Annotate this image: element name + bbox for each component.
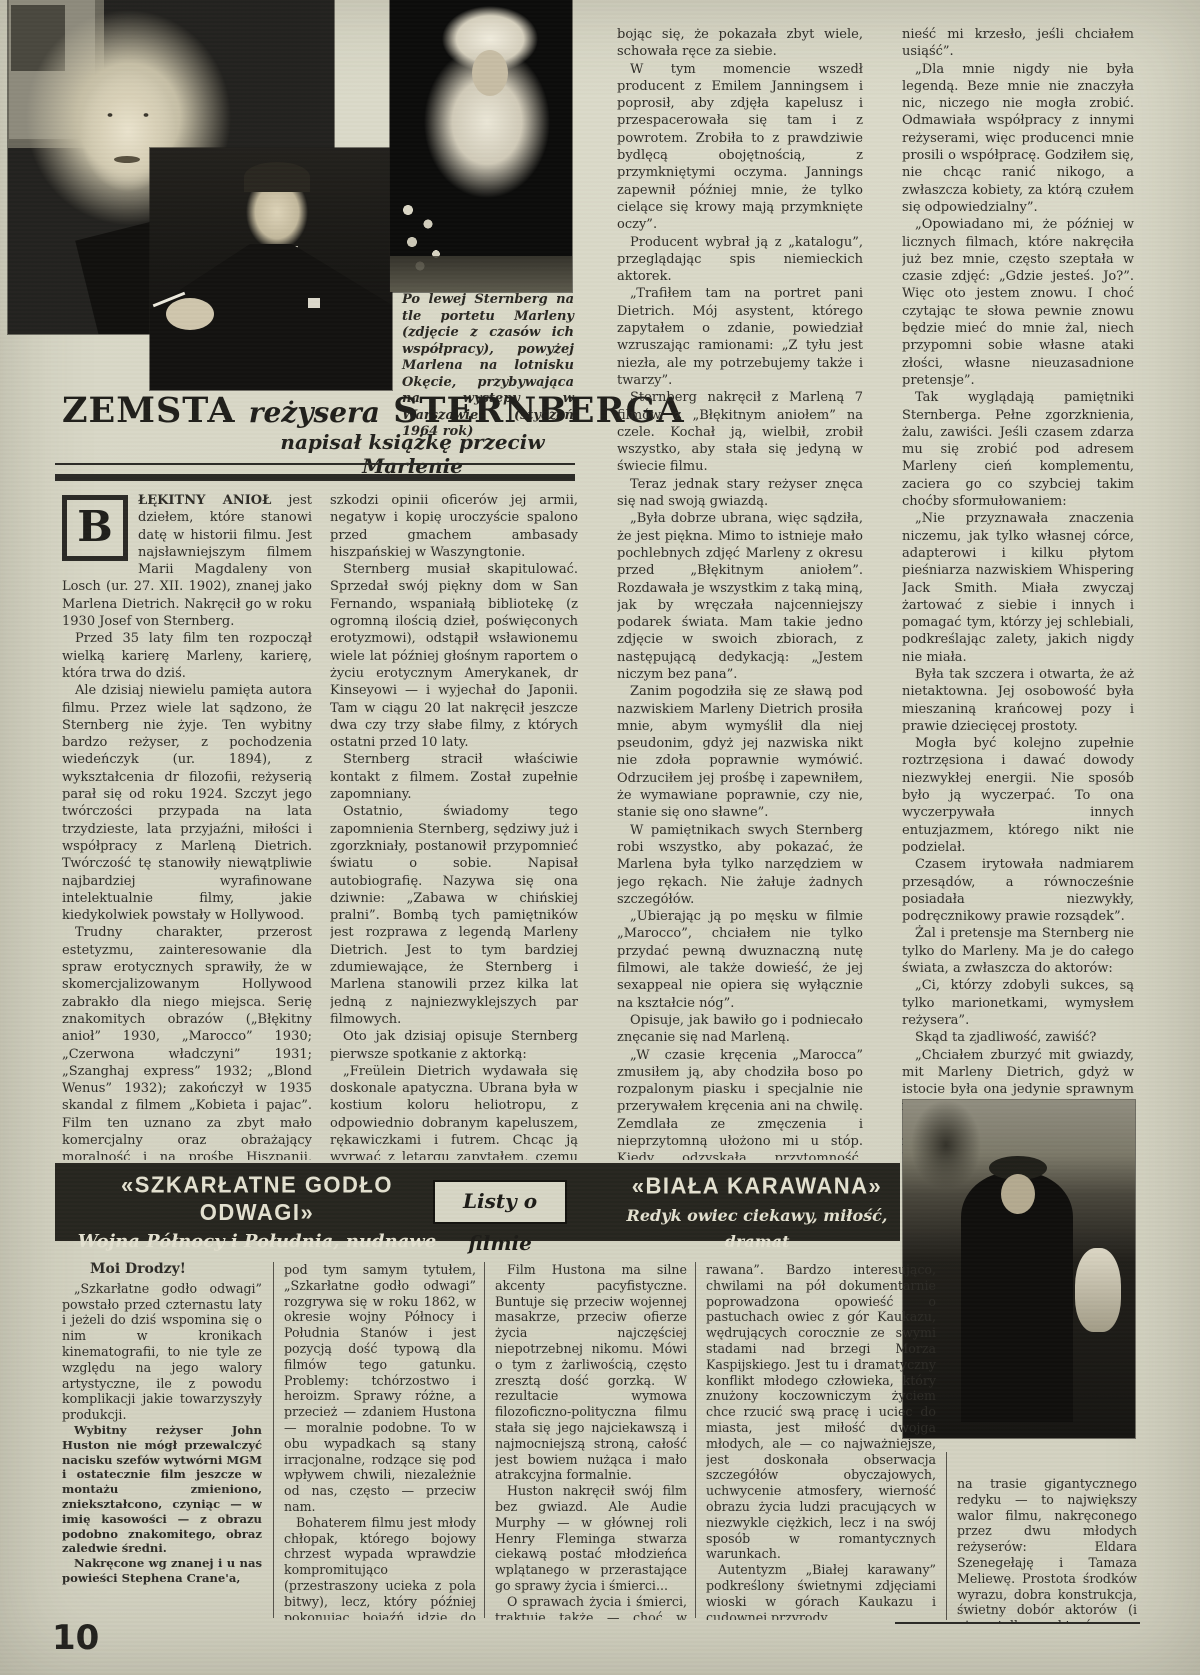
- film-title-right: «BIAŁA KARAWANA»: [623, 1172, 891, 1199]
- hand: [166, 298, 214, 330]
- paragraph: Moi Drodzy!: [62, 1262, 262, 1278]
- paragraph: Nakręcone wg znanej i u nas powieści Ste…: [62, 1556, 262, 1586]
- magazine-page: Po lewej Sternberg na tle portetu Marlen…: [0, 0, 1200, 1675]
- paragraph: „Freülein Dietrich wydawała się doskonal…: [330, 1063, 578, 1160]
- paragraph: na trasie gigantycznego redyku — to najw…: [957, 1476, 1137, 1622]
- paragraph: nieść mi krzesło, jeśli chciałem usiąść”…: [902, 26, 1134, 61]
- paragraph: Trudny charakter, przerost estetyzmu, za…: [62, 924, 312, 1160]
- paragraph: „Nie przyznawała znaczenia niczemu, jak …: [902, 510, 1134, 666]
- paragraph: bojąc się, że pokazała zbyt wiele, schow…: [617, 26, 863, 61]
- banner-right-header: «BIAŁA KARAWANA» Redyk owiec ciekawy, mi…: [623, 1173, 891, 1255]
- page-number: 10: [52, 1620, 99, 1656]
- review-column-a: Moi Drodzy!„Szkarłatne godło odwagi” pow…: [62, 1262, 262, 1620]
- column-divider: [695, 1262, 696, 1618]
- column-paragraphs: Przed 35 laty film ten rozpoczął wielką …: [62, 630, 312, 1160]
- paragraph: Skąd ta zjadliwość, zawiść?: [902, 1029, 1134, 1046]
- paragraph: „Trafiłem tam na portret pani Dietrich. …: [617, 285, 863, 389]
- paragraph: Była tak szczera i otwarta, że aż nietak…: [902, 666, 1134, 735]
- paragraph: Wybitny reżyser John Huston nie mógł prz…: [62, 1423, 262, 1556]
- paragraph: Bohaterem filmu jest młody chłopak, któr…: [284, 1515, 476, 1620]
- paragraph: „Była dobrze ubrana, więc sądziła, że je…: [617, 510, 863, 683]
- face: [472, 50, 508, 96]
- paragraph: „Opowiadano mi, że później w licznych fi…: [902, 216, 1134, 389]
- article-column-2: szkodzi opinii oficerów jej armii, negat…: [330, 492, 578, 1160]
- paragraph: Oto jak dzisiaj opisuje Sternberg pierws…: [330, 1028, 578, 1063]
- paragraph: Huston nakręcił swój film bez gwiazd. Al…: [495, 1483, 687, 1594]
- paragraph: W pamiętnikach swych Sternberg robi wszy…: [617, 822, 863, 908]
- banner-left-header: «SZKARŁATNE GODŁO ODWAGI» Wojna Północy …: [77, 1173, 437, 1255]
- review-column-d: rawana”. Bardzo interesująco, chwilami n…: [706, 1262, 936, 1620]
- paragraph: O sprawach życia i śmierci, traktuje tak…: [495, 1594, 687, 1620]
- paragraph: „Dla mnie nigdy nie była legendą. Beze m…: [902, 61, 1134, 217]
- paragraph: Żal i pretensje ma Sternberg nie tylko d…: [902, 925, 1134, 977]
- face: [1001, 1174, 1035, 1214]
- review-column-c: Film Hustona ma silne akcenty pacyfistyc…: [495, 1262, 687, 1620]
- lips: [114, 156, 140, 163]
- drop-cap: B: [62, 495, 128, 561]
- thin-rule: [55, 463, 575, 465]
- bottom-rule: [895, 1622, 1140, 1624]
- paragraph: „Ci, którzy zdobyli sukces, są tylko mar…: [902, 977, 1134, 1029]
- jug: [1075, 1248, 1121, 1332]
- paragraph: Sternberg nakręcił z Marleną 7 filmów, z…: [617, 389, 863, 475]
- article-column-4: nieść mi krzesło, jeśli chciałem usiąść”…: [902, 26, 1134, 1160]
- column-divider: [484, 1262, 485, 1618]
- paragraph: Ale dzisiaj niewielu pamięta autora film…: [62, 682, 312, 924]
- article-headline: ZEMSTA reżysera STERNBERGA: [62, 390, 582, 431]
- hair: [244, 162, 310, 192]
- paragraph: Sternberg stracił właściwie kontakt z fi…: [330, 751, 578, 803]
- thick-rule: [55, 474, 575, 481]
- photo-white-caravan-still: [903, 1100, 1135, 1438]
- pocket-square: [308, 298, 320, 308]
- film-title-left: «SZKARŁATNE GODŁO ODWAGI»: [77, 1172, 437, 1227]
- column-divider: [946, 1452, 947, 1620]
- reviews-banner: «SZKARŁATNE GODŁO ODWAGI» Wojna Północy …: [55, 1163, 900, 1241]
- paragraph: Producent wybrał ją z „katalogu”, przegl…: [617, 234, 863, 286]
- paragraph: Przed 35 laty film ten rozpoczął wielką …: [62, 630, 312, 682]
- photo-marlene-airport: [390, 0, 572, 292]
- review-column-e: na trasie gigantycznego redyku — to najw…: [957, 1476, 1137, 1622]
- lead-bold-text: ŁĘKITNY ANIOŁ: [138, 493, 271, 508]
- paragraph: Teraz jednak stary reżyser znęca się nad…: [617, 476, 863, 511]
- article-subtitle: napisał książkę przeciw Marlenie: [250, 430, 575, 478]
- paragraph: Tak wyglądają pamiętniki Sternberga. Peł…: [902, 389, 1134, 510]
- eyes: [100, 112, 156, 118]
- photo-sternberg-cigarette: [150, 148, 392, 390]
- column-divider: [273, 1262, 274, 1618]
- paragraph: Opisuje, jak bawiło go i podniecało znęc…: [617, 1012, 863, 1047]
- paragraph: pod tym samym tytułem, „Szkarłatne godło…: [284, 1262, 476, 1515]
- tree: [911, 1100, 981, 1190]
- review-column-b: pod tym samym tytułem, „Szkarłatne godło…: [284, 1262, 476, 1620]
- floor: [390, 256, 572, 292]
- headline-word: ZEMSTA: [62, 390, 236, 431]
- article-column-1: B ŁĘKITNY ANIOŁ jest dziełem, które stan…: [62, 492, 312, 1160]
- paragraph: Autentyzm „Białej karawany” podkreślony …: [706, 1562, 936, 1620]
- paragraph: „Szkarłatne godło odwagi” powstało przed…: [62, 1281, 262, 1423]
- paragraph: W tym momencie wszedł producent z Emilem…: [617, 61, 863, 234]
- paragraph: „Ubierając ją po męsku w filmie „Marocco…: [617, 908, 863, 1012]
- paragraph: Mogła być kolejno zupełnie roztrzęsiona …: [902, 735, 1134, 856]
- paragraph: Zanim pogodziła się ze sławą pod nazwisk…: [617, 683, 863, 821]
- paragraph: rawana”. Bardzo interesująco, chwilami n…: [706, 1262, 936, 1562]
- headline-script-word: reżysera: [249, 396, 380, 429]
- paragraph: Ostatnio, świadomy tego zapomnienia Ster…: [330, 803, 578, 1028]
- paragraph: „W czasie kręcenia „Marocca” zmusiłem ją…: [617, 1047, 863, 1160]
- paragraph: Film Hustona ma silne akcenty pacyfistyc…: [495, 1262, 687, 1483]
- article-column-3: bojąc się, że pokazała zbyt wiele, schow…: [617, 26, 863, 1160]
- paragraph: Czasem irytowała nadmiarem przesądów, a …: [902, 856, 1134, 925]
- paragraph: szkodzi opinii oficerów jej armii, negat…: [330, 492, 578, 561]
- film-subtitle-left: Wojna Północy i Południa, nudnawe: [77, 1229, 437, 1255]
- paragraph: Sternberg musiał skapitulować. Sprzedał …: [330, 561, 578, 751]
- section-label: Listy o filmie: [433, 1180, 567, 1224]
- film-subtitle-right: Redyk owiec ciekawy, miłość, dramat: [623, 1203, 891, 1255]
